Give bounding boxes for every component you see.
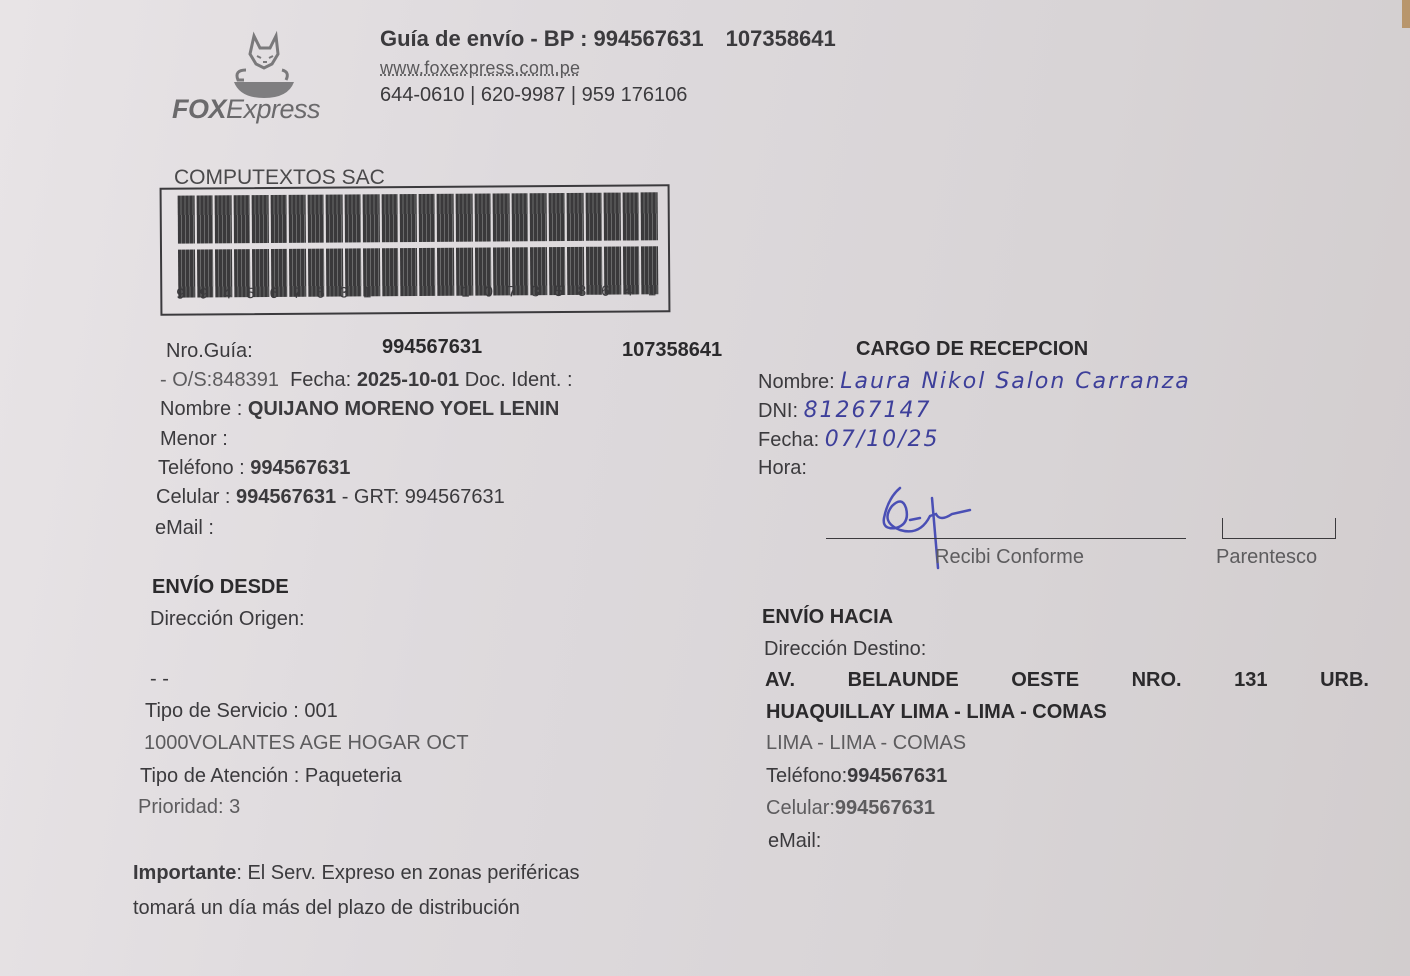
barcode-bar	[437, 194, 454, 242]
barcode-bar	[530, 193, 547, 241]
cargo-title: CARGO DE RECEPCION	[856, 338, 1088, 361]
celular-label: Celular :	[156, 486, 230, 508]
nombre-label: Nombre :	[160, 398, 242, 420]
barcode-bar	[400, 194, 417, 242]
cargo-nombre-row: Nombre: Laura Nikol Salon Carranza	[758, 369, 1191, 394]
barcode-bars-top	[178, 192, 658, 243]
barcode-digits: 994567631107358641	[176, 282, 656, 302]
cargo-dni-handwritten: 81267147	[804, 398, 932, 423]
nombre-row: Nombre : QUIJANO MORENO YOEL LENIN	[160, 398, 559, 421]
barcode-digit: 6	[601, 283, 609, 300]
logo-wordmark: FOXExpress	[172, 94, 320, 125]
barcode-digit: 0	[485, 283, 493, 300]
barcode-bar	[641, 192, 658, 240]
celular-row: Celular : 994567631 - GRT: 994567631	[156, 486, 505, 509]
barcode-digit: 8	[578, 283, 586, 300]
guia-label: Nro.Guía:	[166, 340, 253, 363]
foxexpress-logo: FOXExpress	[168, 30, 368, 130]
barcode: 994567631107358641	[160, 184, 671, 316]
ubigeo: LIMA - LIMA - COMAS	[766, 732, 966, 755]
important-note-line2: tomará un día más del plazo de distribuc…	[133, 897, 520, 920]
os-label: - O/S:848391	[160, 369, 279, 391]
direccion-destino-line1: AV.BELAUNDEOESTENRO.131URB.	[765, 669, 1369, 692]
barcode-bar	[567, 193, 584, 241]
barcode-bar	[585, 193, 602, 241]
cargo-fecha-row: Fecha: 07/10/25	[758, 427, 940, 452]
barcode-digit: 6	[316, 285, 324, 302]
cargo-hora-label: Hora:	[758, 457, 807, 480]
parentesco-box	[1222, 518, 1336, 539]
fox-icon	[224, 30, 304, 100]
barcode-bar	[548, 193, 565, 241]
address-word: OESTE	[1011, 669, 1079, 692]
parentesco-label: Parentesco	[1216, 546, 1317, 569]
cargo-dni-label: DNI:	[758, 400, 798, 422]
barcode-bar	[511, 193, 528, 241]
direccion-destino-line2: HUAQUILLAY LIMA - LIMA - COMAS	[766, 701, 1107, 724]
destino-telefono-value: 994567631	[847, 765, 947, 787]
email-label: eMail :	[155, 517, 214, 540]
barcode-bar	[363, 194, 380, 242]
barcode-bar	[604, 193, 621, 241]
barcode-bar	[622, 192, 639, 240]
barcode-digit: 9	[200, 285, 208, 302]
guia-extra-number: 107358641	[622, 339, 722, 362]
destino-celular-row: Celular:994567631	[766, 797, 935, 820]
website-link[interactable]: www.foxexpress.com.pe	[380, 58, 580, 79]
barcode-bar	[307, 195, 324, 243]
barcode-bar	[196, 195, 213, 243]
guia-number: 994567631	[382, 336, 482, 359]
barcode-digit: 5	[554, 283, 562, 300]
destino-email-label: eMail:	[768, 830, 821, 853]
barcode-digit: 3	[531, 283, 539, 300]
nombre-value: QUIJANO MORENO YOEL LENIN	[248, 398, 560, 420]
barcode-bar	[456, 194, 473, 242]
direccion-origen-label: Dirección Origen:	[150, 608, 305, 631]
barcode-digit: 9	[176, 286, 184, 303]
celular-value: 994567631	[236, 486, 336, 508]
cargo-nombre-handwritten: Laura Nikol Salon Carranza	[840, 369, 1190, 394]
telefono-row: Teléfono : 994567631	[158, 457, 350, 480]
barcode-bar	[270, 195, 287, 243]
fecha-value: 2025-10-01	[357, 369, 459, 391]
address-word: URB.	[1320, 669, 1369, 692]
tipo-servicio: Tipo de Servicio : 001	[145, 700, 338, 723]
cargo-fecha-label: Fecha:	[758, 429, 819, 451]
barcode-bar	[252, 195, 269, 243]
barcode-bar	[493, 193, 510, 241]
guide-title: Guía de envío - BP : 994567631107358641	[380, 26, 836, 52]
barcode-digit: 7	[293, 285, 301, 302]
important-text: : El Serv. Expreso en zonas periféricas	[236, 862, 579, 884]
barcode-bar	[215, 195, 232, 243]
barcode-digit: 5	[246, 285, 254, 302]
signature-line	[826, 538, 1186, 539]
os-date-line: - O/S:848391 Fecha: 2025-10-01 Doc. Iden…	[160, 369, 573, 392]
prioridad: Prioridad: 3	[138, 796, 240, 819]
tipo-atencion: Tipo de Atención : Paqueteria	[140, 765, 402, 788]
fecha-label: Fecha:	[290, 369, 351, 391]
barcode-digit: 3	[340, 284, 348, 301]
barcode-bar	[419, 194, 436, 242]
barcode-digit: 7	[508, 283, 516, 300]
cargo-fecha-handwritten: 07/10/25	[825, 427, 940, 452]
barcode-digit: 1	[461, 284, 469, 301]
menor-label: Menor :	[160, 428, 228, 451]
telefono-value: 994567631	[250, 457, 350, 479]
cargo-nombre-label: Nombre:	[758, 371, 835, 393]
telefono-label: Teléfono :	[158, 457, 245, 479]
destino-telefono-label: Teléfono:	[766, 765, 847, 787]
address-word: BELAUNDE	[848, 669, 959, 692]
barcode-bar	[381, 194, 398, 242]
barcode-bar	[289, 195, 306, 243]
address-word: 131	[1234, 669, 1267, 692]
doc-ident-label: Doc. Ident. :	[465, 369, 573, 391]
paper-edge	[1402, 0, 1410, 28]
destino-telefono-row: Teléfono:994567631	[766, 765, 947, 788]
recibi-conforme-label: Recibi Conforme	[935, 546, 1084, 569]
address-word: AV.	[765, 669, 795, 692]
barcode-bar	[326, 195, 343, 243]
barcode-bar	[344, 194, 361, 242]
barcode-digit: 1	[363, 284, 371, 301]
envio-desde-title: ENVÍO DESDE	[152, 576, 289, 599]
contact-phones: 644-0610 | 620-9987 | 959 176106	[380, 84, 687, 107]
barcode-bar	[178, 196, 195, 244]
destino-celular-value: 994567631	[835, 797, 935, 819]
destino-celular-label: Celular:	[766, 797, 835, 819]
envio-hacia-title: ENVÍO HACIA	[762, 606, 893, 629]
barcode-digit: 6	[270, 285, 278, 302]
barcode-digit: 1	[648, 282, 656, 299]
servicio-descripcion: 1000VOLANTES AGE HOGAR OCT	[144, 732, 469, 755]
cargo-dni-row: DNI: 81267147	[758, 398, 932, 423]
barcode-digit: 4	[223, 285, 231, 302]
barcode-digit: 4	[624, 282, 632, 299]
direccion-destino-label: Dirección Destino:	[764, 638, 926, 661]
important-label: Importante	[133, 862, 236, 884]
direccion-origen-value: - -	[150, 668, 169, 691]
barcode-bar	[233, 195, 250, 243]
address-word: NRO.	[1132, 669, 1182, 692]
barcode-digit-gap	[386, 284, 446, 301]
barcode-bar	[474, 193, 491, 241]
grt-value: - GRT: 994567631	[342, 486, 505, 508]
important-note: Importante: El Serv. Expreso en zonas pe…	[133, 862, 579, 885]
